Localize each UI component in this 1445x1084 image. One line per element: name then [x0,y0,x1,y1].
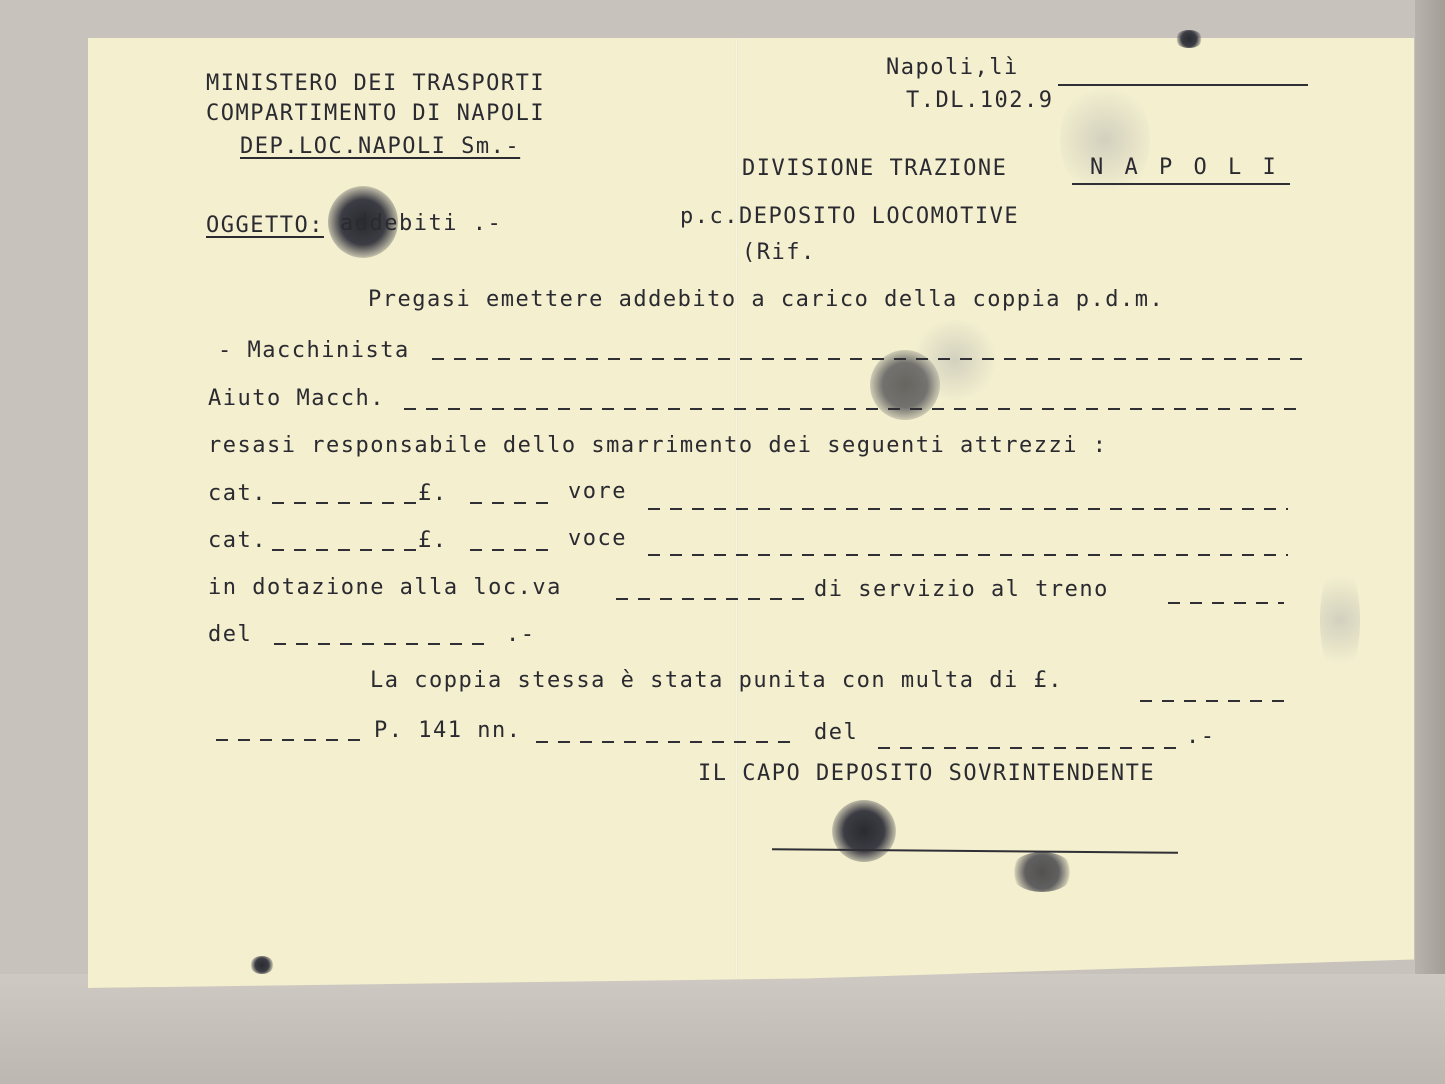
ink-blot [1175,30,1203,48]
cat2-label: cat. [208,530,267,552]
train-field [1168,602,1284,604]
punita-text: La coppia stessa è stata punita con mult… [370,670,1063,692]
aiuto-field [404,408,1302,410]
responsabile-text: resasi responsabile dello smarrimento de… [208,435,1107,457]
recipient-copy: p.c.DEPOSITO LOCOMOTIVE [680,206,1019,228]
cat1-voce-field [648,508,1288,510]
subject-label: OGGETTO: [206,215,324,237]
cat1-field [272,502,418,504]
cat1-label: cat. [208,483,267,505]
place-date-label: Napoli,lì [886,57,1019,79]
macchinista-label: - Macchinista [218,340,410,362]
depot-name: DEP.LOC.NAPOLI Sm.- [240,136,520,158]
table-surface [0,974,1445,1084]
ministry-name: MINISTERO DEI TRASPORTI [206,73,545,95]
cat1-amount-field [470,502,554,504]
ink-blot [250,956,274,974]
servizio-text: di servizio al treno [814,579,1109,601]
del2-label: del [814,722,858,744]
dotazione-text: in dotazione alla loc.va [208,577,562,599]
recipient-ref: (Rif. [742,242,816,264]
recipient-city: N A P O L I [1090,157,1280,179]
cat2-amount-field [470,549,554,551]
cat1-currency: £. [418,483,448,505]
cat2-field [272,549,418,551]
cat2-voce-field [648,554,1288,556]
closing-mark: .- [1186,726,1216,748]
del2-date-field [878,747,1178,749]
del-label: del [208,624,252,646]
macchinista-field [432,358,1302,360]
reference-number: T.DL.102.9 [906,90,1053,112]
stain [910,320,1000,400]
date-line [1058,84,1308,86]
fine-amount-continued-field [216,739,360,741]
stain [1060,80,1150,200]
cat1-voce-label: vore [568,481,627,503]
city-underline [1072,183,1290,185]
del-field [274,643,488,645]
locomotive-field [616,598,812,600]
recipient-division: DIVISIONE TRAZIONE [742,158,1007,180]
compartment-name: COMPARTIMENTO DI NAPOLI [206,103,545,125]
subject-value: addebiti .- [340,213,502,235]
p141-label: P. 141 nn. [374,720,521,742]
ink-blot [832,800,896,862]
del-end: .- [506,624,536,646]
stain [1320,560,1360,680]
intro-text: Pregasi emettere addebito a carico della… [368,289,1164,311]
backdrop [1415,0,1445,1084]
cat2-currency: £. [418,530,448,552]
p141-number-field [536,741,800,743]
ink-blot [1010,852,1074,892]
aiuto-label: Aiuto Macch. [208,388,385,410]
cat2-voce-label: voce [568,528,627,550]
fine-amount-field [1140,700,1284,702]
signature-title: IL CAPO DEPOSITO SOVRINTENDENTE [698,763,1155,785]
